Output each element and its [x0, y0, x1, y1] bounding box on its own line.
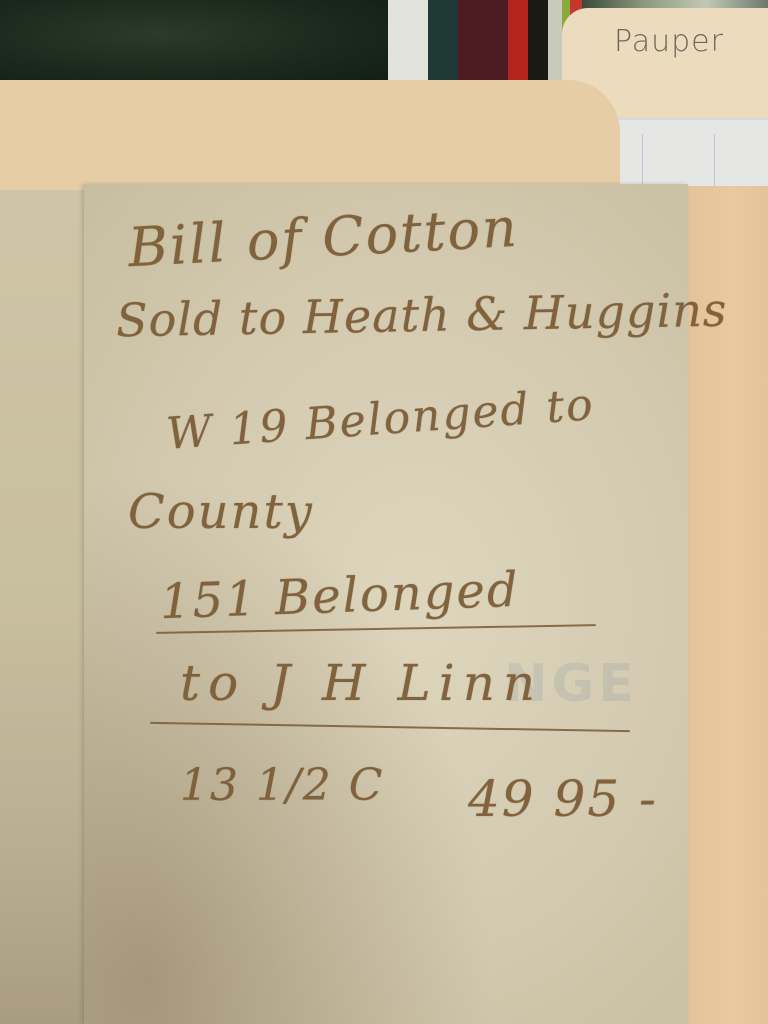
dark-background [0, 0, 392, 86]
handwritten-bill: NGE Bill of Cotton Sold to Heath & Huggi… [84, 184, 688, 1024]
bill-line-county: County [128, 484, 314, 540]
bill-line-amount: 49 95 - [468, 770, 658, 828]
bill-line-sold-to: Sold to Heath & Huggins [116, 283, 728, 348]
bill-line-owner: to J H Linn [180, 654, 543, 712]
folder-tab-label: Pauper [614, 24, 724, 59]
book-spine [528, 0, 548, 86]
folder-front [0, 80, 620, 200]
bill-line-151: 151 Belonged [159, 562, 520, 631]
bill-line-belonged: W 19 Belonged to [165, 379, 597, 460]
book-spine [548, 0, 562, 86]
book-spine [458, 0, 508, 86]
bill-line-rate: 13 1/2 C [180, 760, 384, 811]
book-spine [388, 0, 428, 86]
bill-line-title: Bill of Cotton [127, 196, 521, 279]
book-spine [428, 0, 458, 86]
back-page [0, 190, 96, 1024]
underline-2 [150, 722, 630, 732]
book-spine [508, 0, 528, 86]
